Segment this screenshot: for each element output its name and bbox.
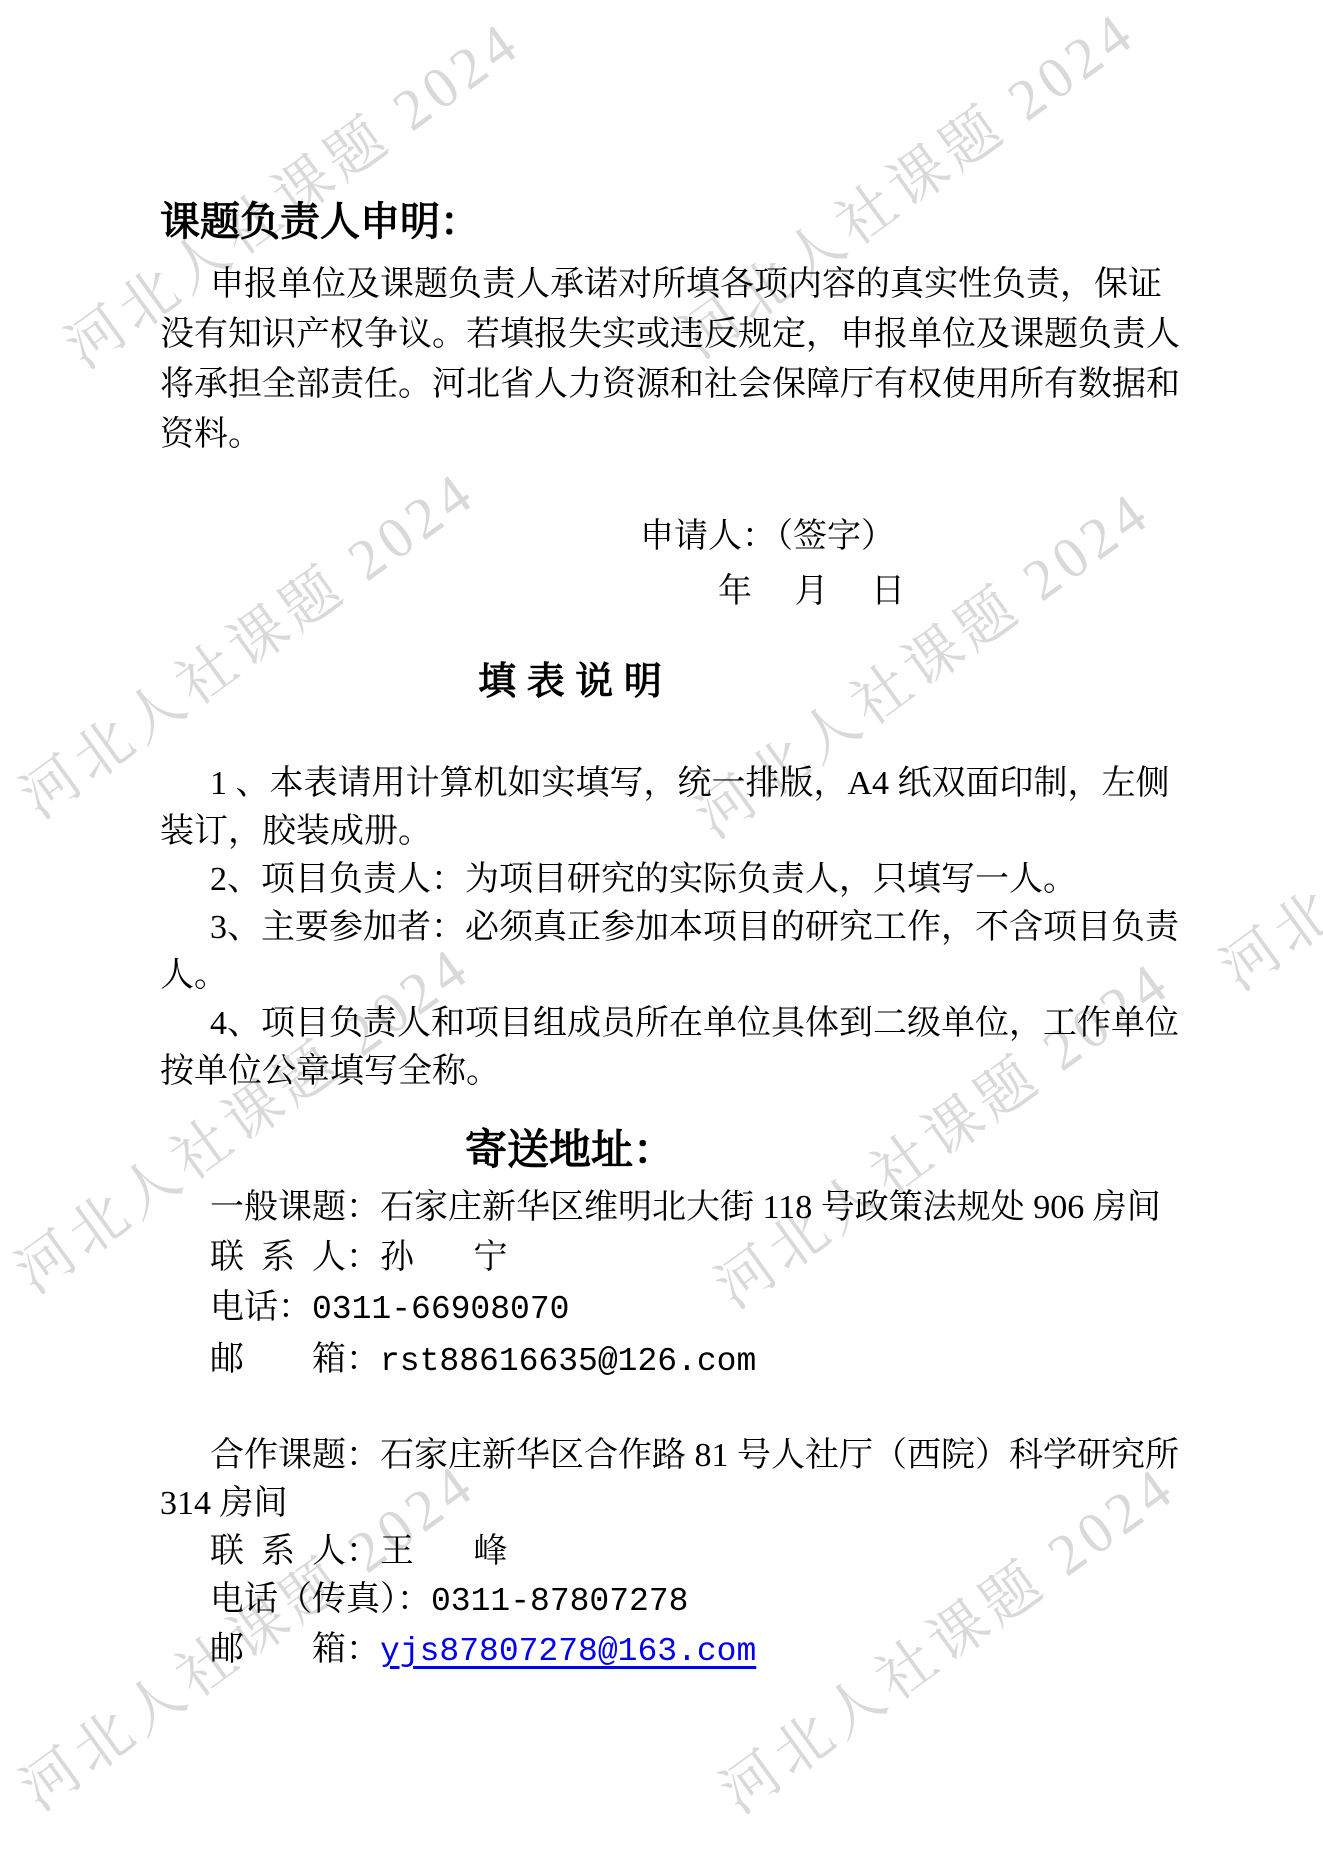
instruction-item: 1 、本表请用计算机如实填写，统一排版，A4 纸双面印制，左侧 bbox=[160, 760, 1165, 808]
cooperative-address: 合作课题：石家庄新华区合作路 81 号人社厅（西院）科学研究所 bbox=[160, 1432, 1165, 1480]
cooperative-email-line: 邮 箱：yjs87807278@163.com bbox=[160, 1626, 1165, 1676]
general-email-line: 邮 箱：rst88616635@126.com bbox=[160, 1335, 1165, 1387]
cooperative-contact-person: 联 系 人：王 峰 bbox=[160, 1528, 1165, 1576]
cooperative-topic-contact-block: 合作课题：石家庄新华区合作路 81 号人社厅（西院）科学研究所 314 房间 联… bbox=[160, 1432, 1165, 1676]
document-page: 河北人社课题 2024 河北人社课题 2024 河北人社课题 2024 河北人社… bbox=[0, 0, 1323, 1871]
instruction-item: 人。 bbox=[160, 952, 1165, 1000]
applicant-signature-label: 申请人：（签字） bbox=[640, 512, 1165, 562]
declaration-paragraph: 申报单位及课题负责人承诺对所填各项内容的真实性负责，保证 没有知识产权争议。若填… bbox=[160, 260, 1165, 460]
phone-label: 电话： bbox=[210, 1289, 312, 1326]
email-label: 邮 箱： bbox=[210, 1631, 380, 1668]
general-topic-contact-block: 一般课题：石家庄新华区维明北大街 118 号政策法规处 906 房间 联 系 人… bbox=[160, 1183, 1165, 1387]
instructions-list: 1 、本表请用计算机如实填写，统一排版，A4 纸双面印制，左侧 装订，胶装成册。… bbox=[160, 760, 1165, 1096]
cooperative-phone-line: 电话（传真）：0311-87807278 bbox=[160, 1576, 1165, 1626]
declaration-line: 资料。 bbox=[160, 410, 1165, 460]
instructions-title: 填 表 说 明 bbox=[160, 660, 980, 704]
email-label: 邮 箱： bbox=[210, 1341, 380, 1378]
phone-fax-label: 电话（传真）： bbox=[210, 1581, 431, 1618]
declaration-line: 将承担全部责任。河北省人力资源和社会保障厅有权使用所有数据和 bbox=[160, 360, 1165, 410]
cooperative-email-link[interactable]: yjs87807278@163.com bbox=[380, 1633, 756, 1670]
instruction-item: 3、主要参加者：必须真正参加本项目的研究工作，不含项目负责 bbox=[160, 904, 1165, 952]
declaration-title: 课题负责人申明： bbox=[160, 200, 1165, 244]
signature-date-line: 年 月 日 bbox=[718, 567, 1165, 617]
general-phone-line: 电话：0311-66908070 bbox=[160, 1283, 1165, 1335]
instruction-item: 按单位公章填写全称。 bbox=[160, 1048, 1165, 1096]
cooperative-phone-number: 0311-87807278 bbox=[431, 1583, 688, 1620]
general-contact-person: 联 系 人：孙 宁 bbox=[160, 1233, 1165, 1283]
general-phone-number: 0311-66908070 bbox=[312, 1291, 569, 1328]
declaration-line: 申报单位及课题负责人承诺对所填各项内容的真实性负责，保证 bbox=[160, 260, 1165, 310]
instruction-item: 2、项目负责人：为项目研究的实际负责人，只填写一人。 bbox=[160, 856, 1165, 904]
instruction-item: 装订，胶装成册。 bbox=[160, 808, 1165, 856]
general-address: 一般课题：石家庄新华区维明北大街 118 号政策法规处 906 房间 bbox=[160, 1183, 1165, 1233]
declaration-line: 没有知识产权争议。若填报失实或违反规定，申报单位及课题负责人 bbox=[160, 310, 1165, 360]
cooperative-address-room: 314 房间 bbox=[160, 1480, 1165, 1528]
document-content: 课题负责人申明： 申报单位及课题负责人承诺对所填各项内容的真实性负责，保证 没有… bbox=[0, 0, 1323, 1676]
mailing-title: 寄送地址： bbox=[160, 1127, 980, 1173]
general-email-address: rst88616635@126.com bbox=[380, 1343, 756, 1380]
instruction-item: 4、项目负责人和项目组成员所在单位具体到二级单位，工作单位 bbox=[160, 1000, 1165, 1048]
